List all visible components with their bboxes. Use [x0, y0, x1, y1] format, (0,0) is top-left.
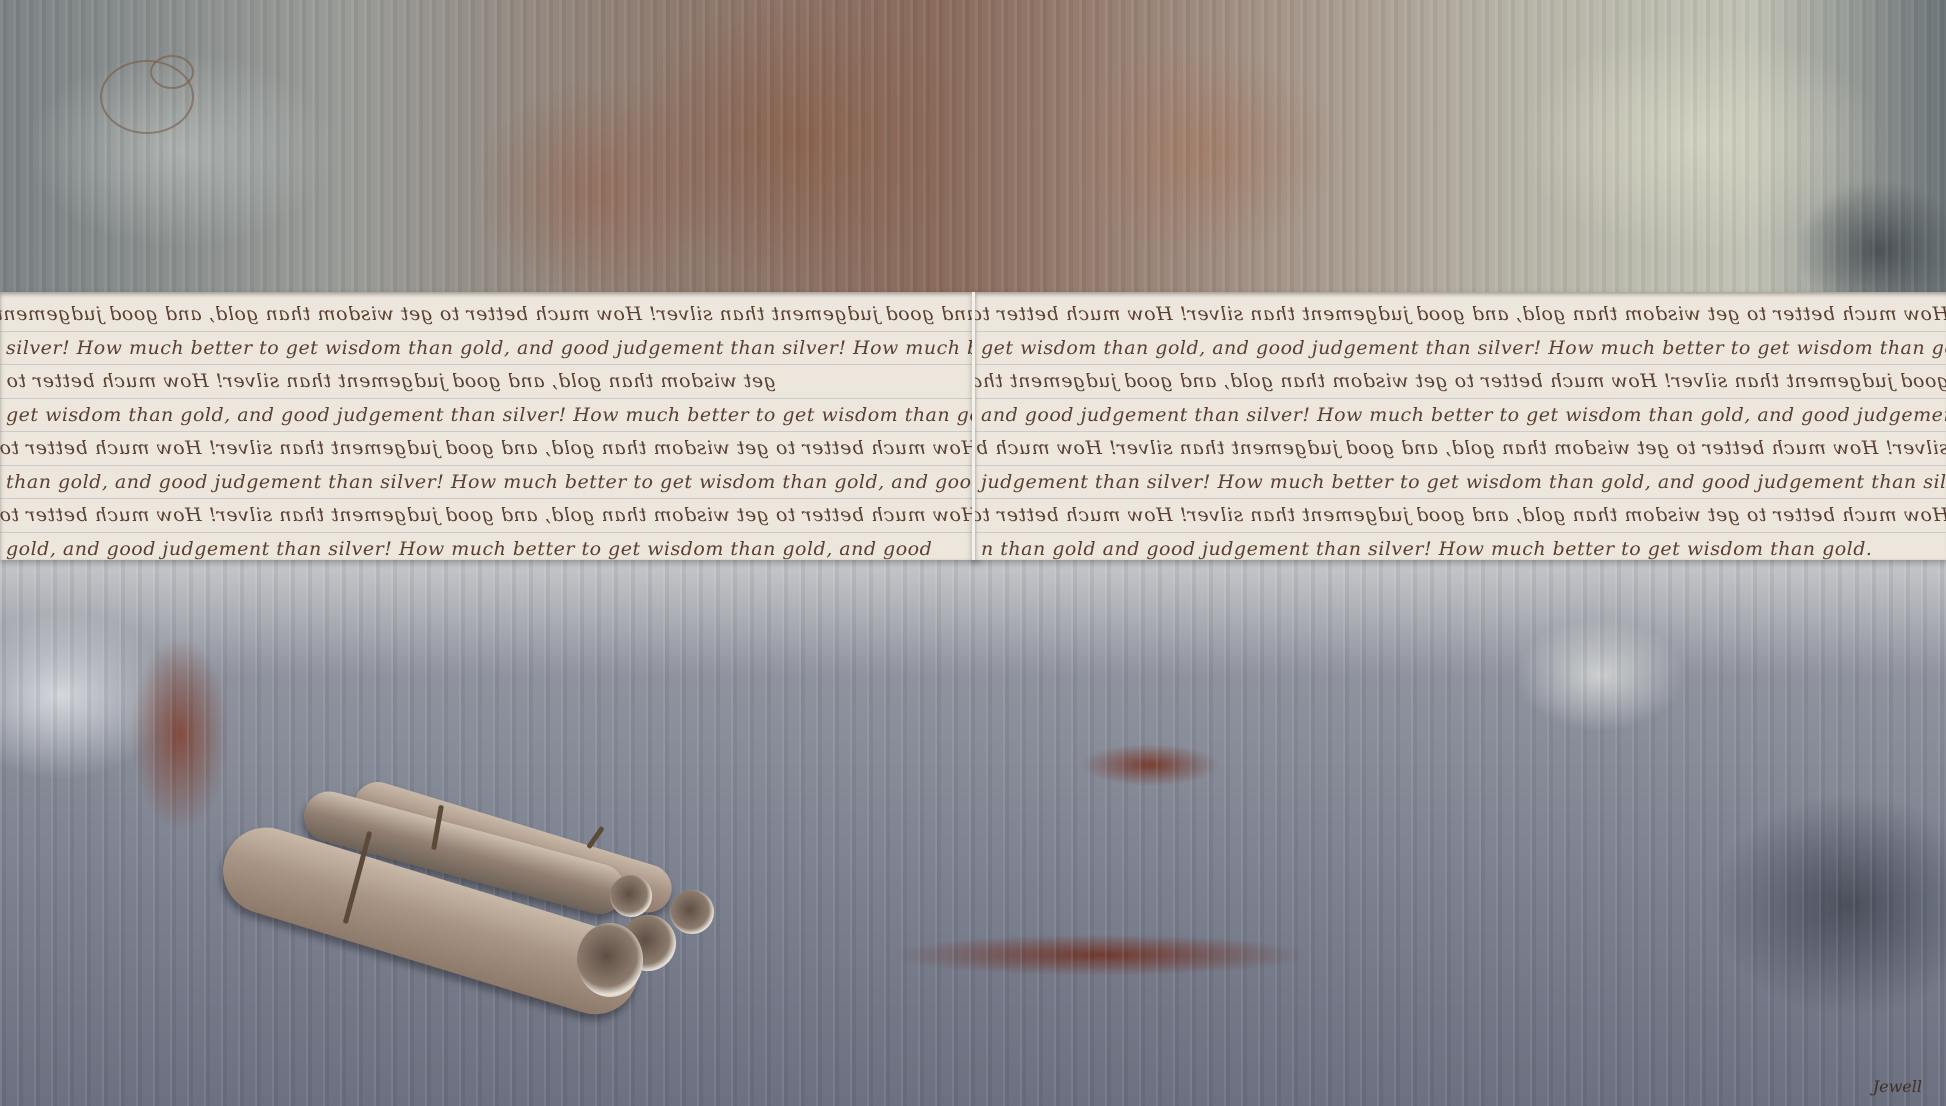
handwriting-line: gold, and good judgement than silver! Ho…	[0, 533, 978, 561]
handwriting-line: How much better to get wisdom than gold,…	[0, 499, 978, 533]
artist-signature: Jewell	[1873, 1077, 1922, 1096]
handwriting-line: than gold, and good judgement than silve…	[0, 466, 978, 500]
handwriting-line: and good judgement than silver! How much…	[975, 399, 1946, 433]
handwritten-paper-right: How much better to get wisdom than gold,…	[972, 292, 1946, 560]
scroll-end	[577, 923, 643, 997]
handwriting-line: get wisdom than gold, and good judgement…	[0, 399, 978, 433]
handwriting-line: silver! How much better to get wisdom th…	[975, 432, 1946, 466]
handwriting-line: silver! How much better to get wisdom th…	[0, 332, 978, 366]
handwriting-line: How much better to get wisdom than gold,…	[975, 499, 1946, 533]
handwriting-line: judgement than silver! How much better t…	[975, 466, 1946, 500]
handwriting-line: How much better to get wisdom than gold,…	[0, 432, 978, 466]
handwriting-line: get wisdom than gold, and good judgement…	[975, 332, 1946, 366]
scroll-end	[670, 890, 714, 934]
painting-canvas: and good judgement than silver! How much…	[0, 0, 1946, 1106]
handwriting-line: good judgement than silver! How much bet…	[975, 365, 1946, 399]
handwriting-line: and good judgement than silver! How much…	[0, 298, 978, 332]
scroll-end	[610, 875, 652, 917]
twine-tie	[586, 826, 604, 849]
handwriting-line: n than gold and good judgement than silv…	[975, 533, 1946, 561]
handwriting-line: How much better to get wisdom than gold,…	[975, 298, 1946, 332]
handwritten-paper-left: and good judgement than silver! How much…	[0, 292, 980, 560]
rolled-scrolls-bundle	[215, 755, 775, 1010]
painted-background-top	[0, 0, 1946, 300]
handwriting-line: get wisdom than gold, and good judgement…	[0, 365, 978, 399]
wire-loop-doodle-small	[150, 55, 194, 89]
